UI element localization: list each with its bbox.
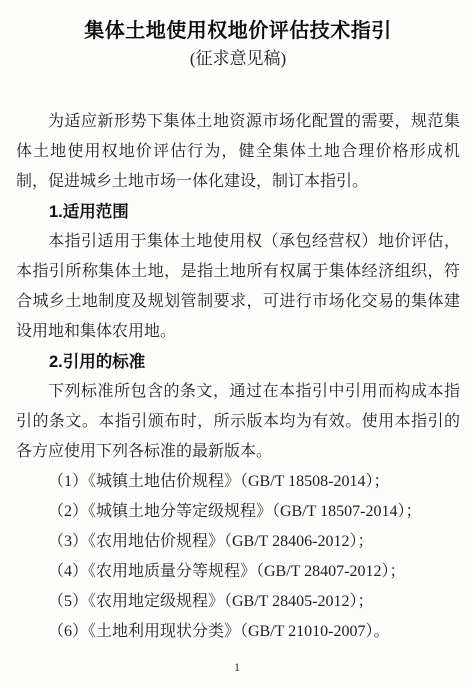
- standard-item-6: （6）《土地利用现状分类》（GB/T 21010-2007）。: [16, 617, 460, 647]
- section-1-heading: 1.适用范围: [16, 197, 460, 227]
- standard-item-1: （1）《城镇土地估价规程》（GB/T 18508-2014）；: [16, 467, 460, 497]
- standard-item-4: （4）《农用地质量分等规程》（GB/T 28407-2012）；: [16, 557, 460, 587]
- standard-item-5: （5）《农用地定级规程》（GB/T 28405-2012）；: [16, 587, 460, 617]
- section-2-heading: 2.引用的标准: [16, 347, 460, 377]
- document-page: 集体土地使用权地价评估技术指引 (征求意见稿) 为适应新形势下集体土地资源市场化…: [0, 0, 474, 685]
- document-title: 集体土地使用权地价评估技术指引: [16, 14, 460, 43]
- intro-paragraph: 为适应新形势下集体土地资源市场化配置的需要，规范集体土地使用权地价评估行为，健全…: [16, 107, 460, 197]
- document-subtitle: (征求意见稿): [16, 47, 460, 71]
- section-1-paragraph: 本指引适用于集体土地使用权（承包经营权）地价评估，本指引所称集体土地，是指土地所…: [16, 227, 460, 347]
- section-2-paragraph: 下列标准所包含的条文，通过在本指引中引用而构成本指引的条文。本指引颁布时，所示版…: [16, 377, 460, 467]
- page-number: 1: [0, 660, 474, 675]
- standard-item-3: （3）《农用地估价规程》（GB/T 28406-2012）；: [16, 527, 460, 557]
- standard-item-2: （2）《城镇土地分等定级规程》（GB/T 18507-2014）；: [16, 497, 460, 527]
- standards-list: （1）《城镇土地估价规程》（GB/T 18508-2014）； （2）《城镇土地…: [16, 467, 460, 647]
